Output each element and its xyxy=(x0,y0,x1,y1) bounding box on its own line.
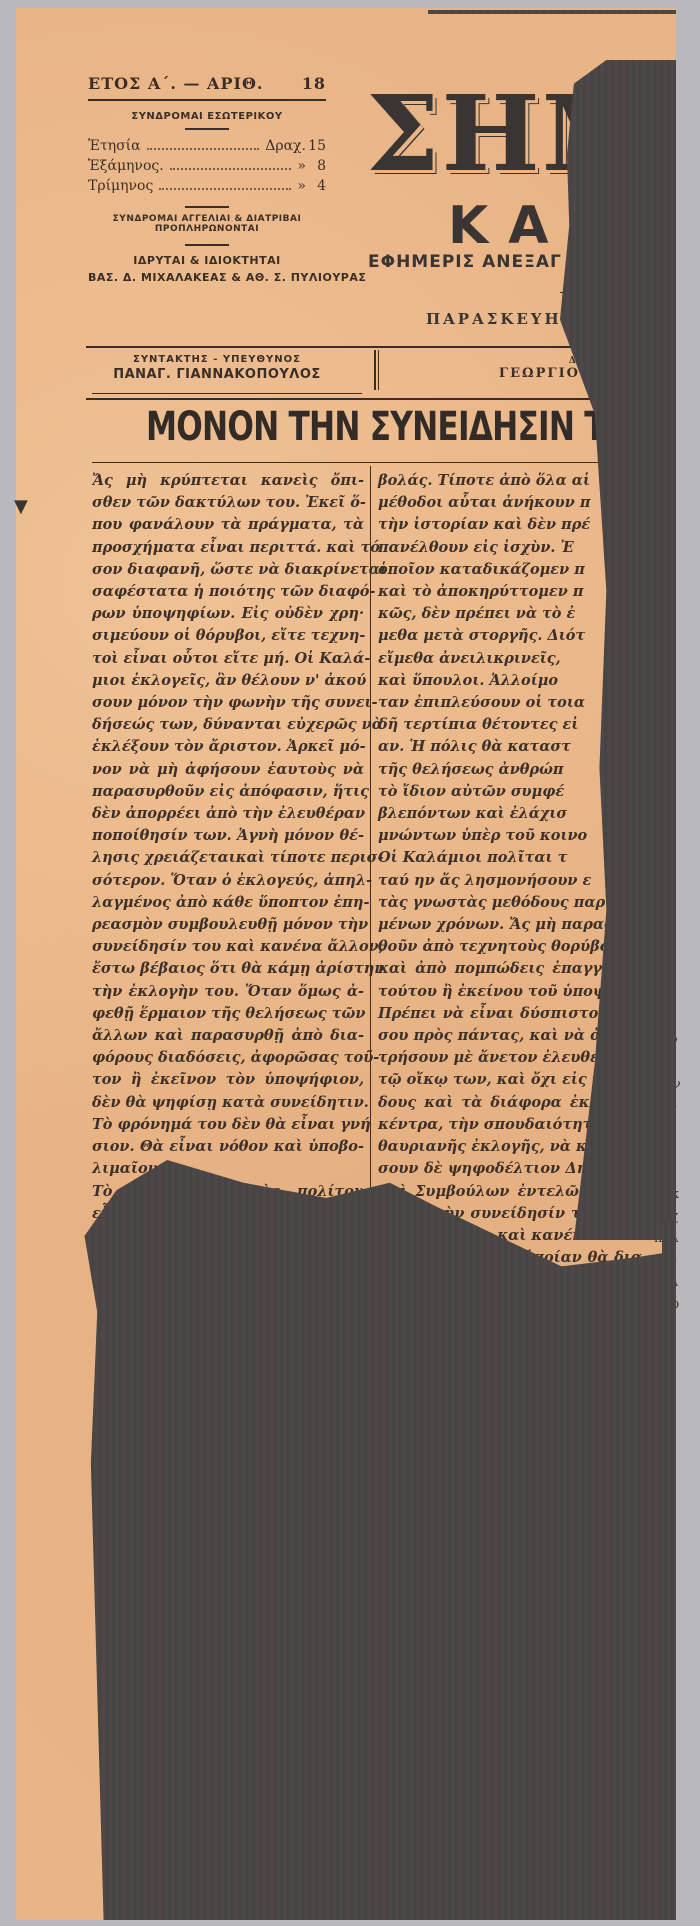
text-line: σαφέστατα ἡ ποιότης τῶν διαφό- xyxy=(92,581,364,603)
divider xyxy=(185,206,229,208)
editor-name: ΠΑΝΑΓ. ΓΙΑΝΝΑΚΟΠΟΥΛΟΣ xyxy=(92,367,342,382)
subscription-currency: Δραχ. xyxy=(265,136,306,156)
newspaper-tagline: ΕΦΗΜΕΡΙΣ ΑΝΕΞΑΓ xyxy=(368,252,562,272)
text-line: σθεν τῶν δακτύλων του. Ἐκεῖ ὅ- xyxy=(92,492,364,514)
text-line: δήσεώς των, δύνανται εὐχερῶς νὰ xyxy=(92,714,364,736)
subscription-price: 4 xyxy=(306,176,326,196)
divider xyxy=(86,398,646,400)
publication-day: ΠΑΡΑΣΚΕΥΗ xyxy=(426,310,562,328)
subscription-price: 15 xyxy=(306,136,326,156)
subscriptions-heading: ΣΥΝΔΡΟΜΑΙ ΕΣΩΤΕΡΙΚΟΥ xyxy=(88,111,326,122)
subscription-currency: » xyxy=(297,156,306,176)
text-line: ἐκλέξουν τὸν ἄριστον. Ἀρκεῖ μό- xyxy=(92,736,364,758)
masthead-left-panel: ΕΤΟΣ Α΄. — ΑΡΙΘ. 18 ΣΥΝΔΡΟΜΑΙ ΕΣΩΤΕΡΙΚΟΥ… xyxy=(88,74,326,284)
divider xyxy=(185,244,229,246)
director-label: ΔΙ xyxy=(440,356,580,366)
director-block: ΔΙ ΓΕΩΡΓΙΟ xyxy=(440,356,580,381)
text-line: σιον. Θὰ εἶναι νόθον καὶ ὑποβο- xyxy=(92,1136,364,1158)
text-line: τον ἢ ἐκεῖνον τὸν ὑποψήφιον, xyxy=(92,1069,364,1091)
text-line: σιμεύουν οἱ θόρυβοι, εἴτε τεχνη- xyxy=(92,625,364,647)
subscription-currency: » xyxy=(297,176,306,196)
prepaid-line-2: ΠΡΟΠΛΗΡΩΝΟΝΤΑΙ xyxy=(88,224,326,234)
text-line: λαγμένος ἀπὸ κάθε ὕποπτον ἐπη- xyxy=(92,892,364,914)
subscription-label: Ἑξάμηνος. xyxy=(88,156,164,176)
editor-block: ΣΥΝΤΑΚΤΗΣ - ΥΠΕΥΘΥΝΟΣ ΠΑΝΑΓ. ΓΙΑΝΝΑΚΟΠΟΥ… xyxy=(92,354,342,382)
dot-leader xyxy=(159,176,291,190)
text-line: προσχήματα εἶναι περιττά. καὶ τό xyxy=(92,537,364,559)
article-column-1: Ἄς μὴ κρύπτεται κανεὶς ὄπι- σθεν τῶν δακ… xyxy=(92,470,364,1292)
torn-area-bottom xyxy=(40,1160,676,1920)
text-line: σουν μόνον τὴν φωνὴν τῆς συνει- xyxy=(92,692,364,714)
text-line: φόρους διαδόσεις, ἀφορῶσας τοῦ- xyxy=(92,1047,364,1069)
dot-leader xyxy=(170,156,292,170)
subscription-label: Ἐτησία xyxy=(88,136,141,156)
year-issue-label: ΕΤΟΣ Α΄. — ΑΡΙΘ. xyxy=(88,74,263,93)
text-line: τὴν ἐκλογὴν του. Ὅταν ὅμως ἀ- xyxy=(92,981,364,1003)
text-line: ἄλλων καὶ παρασυρθῇ ἀπὸ δια- xyxy=(92,1025,364,1047)
column-divider xyxy=(374,350,376,390)
editor-label: ΣΥΝΤΑΚΤΗΣ - ΥΠΕΥΘΥΝΟΣ xyxy=(92,354,342,365)
issue-number: 18 xyxy=(302,74,326,93)
text-line: σότερον. Ὅταν ὁ ἐκλογεύς, ἀπηλ- xyxy=(92,870,364,892)
subscription-row: Τρίμηνος » 4 xyxy=(88,176,326,196)
text-line: παρασυρθοῦν εἰς ἀπόφασιν, ἥτις xyxy=(92,781,364,803)
divider xyxy=(185,128,229,130)
article-headline: ΜΟΝΟΝ ΤΗΝ ΣΥΝΕΙΔΗΣΙΝ ΤΩΝ xyxy=(146,404,656,450)
torn-area-right-edge xyxy=(662,1220,676,1920)
text-line: ρων ὑποψηφίων. Εἰς οὐδὲν χρη· xyxy=(92,603,364,625)
text-line: σον διαφανῆ, ὥστε νὰ διακρίνεται xyxy=(92,559,364,581)
text-line: λιμαῖον. xyxy=(92,1158,364,1180)
subscription-price: 8 xyxy=(306,156,326,176)
text-line: δὲν ἀπορρέει ἀπὸ τὴν ἐλευθέραν xyxy=(92,803,364,825)
divider xyxy=(86,346,646,348)
text-line: ἔστω βέβαιος ὅτι θὰ κάμῃ ἀρίστην xyxy=(92,958,364,980)
divider xyxy=(92,393,362,394)
text-line: φεθῇ ἕρμαιον τῆς θελήσεως τῶν xyxy=(92,1003,364,1025)
subscription-row: Ἐτησία Δραχ. 15 xyxy=(88,136,326,156)
year-issue-line: ΕΤΟΣ Α΄. — ΑΡΙΘ. 18 xyxy=(88,74,326,101)
text-line: ρεασμὸν συμβουλευθῇ μόνον τὴν xyxy=(92,914,364,936)
text-line: δὲν θὰ ψηφίσῃ κατὰ συνείδητιν. xyxy=(92,1092,364,1114)
ink-blot-mark: ▼ xyxy=(14,496,28,517)
divider xyxy=(92,462,632,463)
founders-names: ΒΑΣ. Δ. ΜΙΧΑΛΑΚΕΑΣ & ΑΘ. Σ. ΠΥΛΙΟΥΡΑΣ xyxy=(88,271,326,284)
text-line: νον νὰ μὴ ἀφήσουν ἑαυτοὺς νὰ xyxy=(92,759,364,781)
column-divider xyxy=(378,350,379,390)
text-line: λησις χρειάζεταικαὶ τίποτε περισ- xyxy=(92,847,364,869)
subscription-label: Τρίμηνος xyxy=(88,176,153,196)
text-line: συνείδησίν του καὶ κανένα ἄλλον, xyxy=(92,936,364,958)
torn-edge-top xyxy=(428,10,676,14)
text-line: ποποίθησίν των. Ἁγνὴ μόνον θέ- xyxy=(92,825,364,847)
text-line: τοὶ εἶναι οὗτοι εἴτε μή. Οἱ Καλά- xyxy=(92,648,364,670)
column-divider xyxy=(370,466,371,1226)
text-line: Τὸ φρόνημά του δὲν θὰ εἶναι γνή xyxy=(92,1114,364,1136)
founders-label: ΙΔΡΥΤΑΙ & ΙΔΙΟΚΤΗΤΑΙ xyxy=(88,254,326,267)
dot-leader xyxy=(147,136,260,150)
text-line: Ἄς μὴ κρύπτεται κανεὶς ὄπι- xyxy=(92,470,364,492)
prepaid-line-1: ΣΥΝΔΡΟΜΑΙ ΑΓΓΕΛΙΑΙ & ΔΙΑΤΡΙΒΑΙ xyxy=(88,214,326,224)
text-line: που φανάλουν τὰ πράγματα, τὰ xyxy=(92,514,364,536)
text-line: μιοι ἐκλογεῖς, ἂν θέλουν ν' ἀκού xyxy=(92,670,364,692)
director-name: ΓΕΩΡΓΙΟ xyxy=(440,366,580,381)
subscription-row: Ἑξάμηνος. » 8 xyxy=(88,156,326,176)
